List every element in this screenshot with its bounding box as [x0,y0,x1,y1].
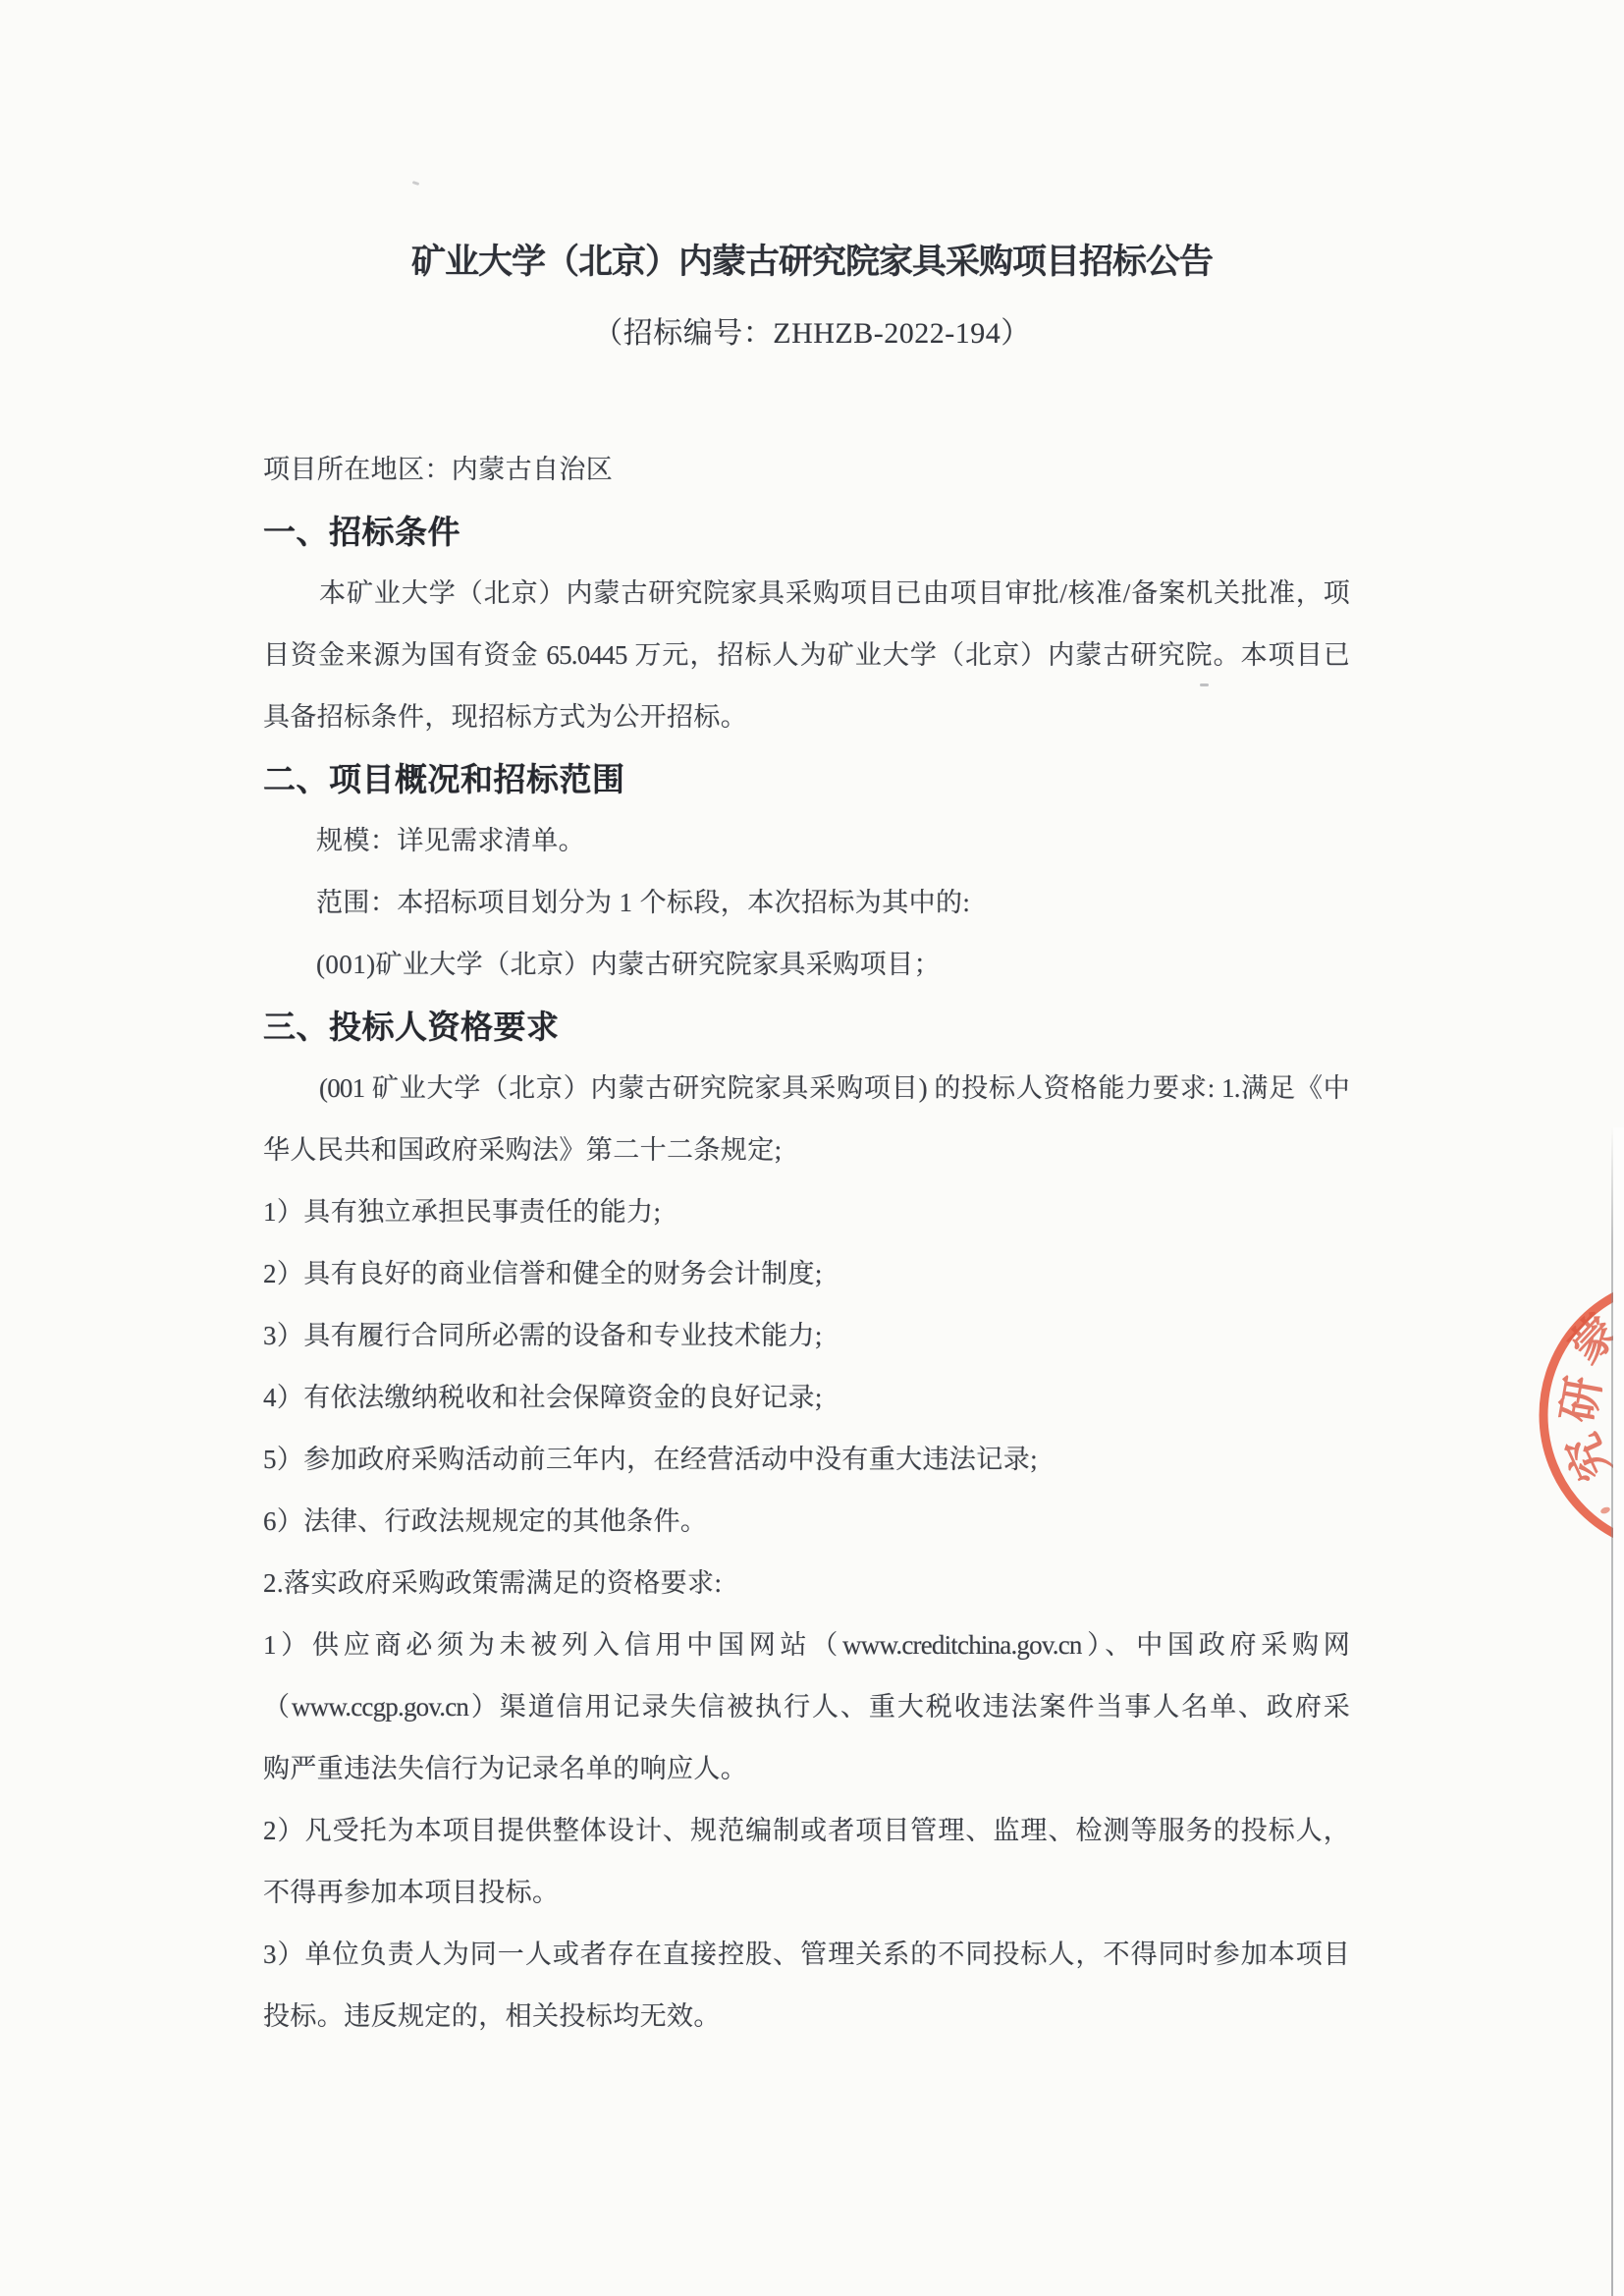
document-line: 本矿业大学（北京）内蒙古研究院家具采购项目已由项目审批/核准/备案机关批准，项 [263,563,1349,625]
document-line: 范围：本招标项目划分为 1 个标段，本次招标为其中的: [263,872,1349,934]
document-line: 不得再参加本项目投标。 [263,1862,1349,1924]
seal-ink-fleck [1599,1505,1610,1514]
document-line: 3）单位负责人为同一人或者存在直接控股、管理关系的不同投标人，不得同时参加本项目 [263,1924,1349,1986]
document-line: 购严重违法失信行为记录名单的响应人。 [263,1738,1349,1800]
official-seal-stamp: 蒙 研 究 [1510,1230,1624,1603]
document-line: 一、招标条件 [263,501,1349,563]
document-line: （www.ccgp.gov.cn）渠道信用记录失信被执行人、重大税收违法案件当事… [263,1676,1349,1738]
page-edge-paper [1613,1127,1624,2296]
document-body: 项目所在地区：内蒙古自治区一、招标条件本矿业大学（北京）内蒙古研究院家具采购项目… [263,439,1349,2048]
document-title: 矿业大学（北京）内蒙古研究院家具采购项目招标公告 [0,240,1624,285]
document-line: 二、项目概况和招标范围 [263,748,1349,810]
document-line: (001 矿业大学（北京）内蒙古研究院家具采购项目) 的投标人资格能力要求: 1… [263,1058,1349,1120]
scan-speck [412,181,420,186]
document-line: 2.落实政府采购政策需满足的资格要求: [263,1553,1349,1614]
document-line: 4）有依法缴纳税收和社会保障资金的良好记录; [263,1367,1349,1429]
document-line: 1）具有独立承担民事责任的能力; [263,1181,1349,1243]
document-line: 1）供应商必须为未被列入信用中国网站（www.creditchina.gov.c… [263,1614,1349,1676]
document-line: 项目所在地区：内蒙古自治区 [263,439,1349,501]
document-line: 规模：详见需求清单。 [263,810,1349,872]
scan-speck [1200,683,1209,686]
document-line: 6）法律、行政法规规定的其他条件。 [263,1491,1349,1553]
document-line: 三、投标人资格要求 [263,996,1349,1058]
document-line: 华人民共和国政府采购法》第二十二条规定; [263,1120,1349,1181]
document-line: 3）具有履行合同所必需的设备和专业技术能力; [263,1305,1349,1367]
document-line: 投标。违反规定的，相关投标均无效。 [263,1986,1349,2048]
document-line: 目资金来源为国有资金 65.0445 万元，招标人为矿业大学（北京）内蒙古研究院… [263,625,1349,686]
document-line: 5）参加政府采购活动前三年内，在经营活动中没有重大违法记录; [263,1429,1349,1491]
document-line: 2）凡受托为本项目提供整体设计、规范编制或者项目管理、监理、检测等服务的投标人， [263,1800,1349,1862]
document-line: 2）具有良好的商业信誉和健全的财务会计制度; [263,1243,1349,1305]
page-edge-shadow [1611,1127,1613,2296]
scanned-document-page: 矿业大学（北京）内蒙古研究院家具采购项目招标公告 （招标编号：ZHHZB-202… [0,0,1624,2296]
document-line: 具备招标条件，现招标方式为公开招标。 [263,686,1349,748]
document-subtitle: （招标编号：ZHHZB-2022-194） [0,312,1624,355]
document-line: (001)矿业大学（北京）内蒙古研究院家具采购项目； [263,934,1349,996]
seal-character: 研 [1552,1373,1609,1426]
